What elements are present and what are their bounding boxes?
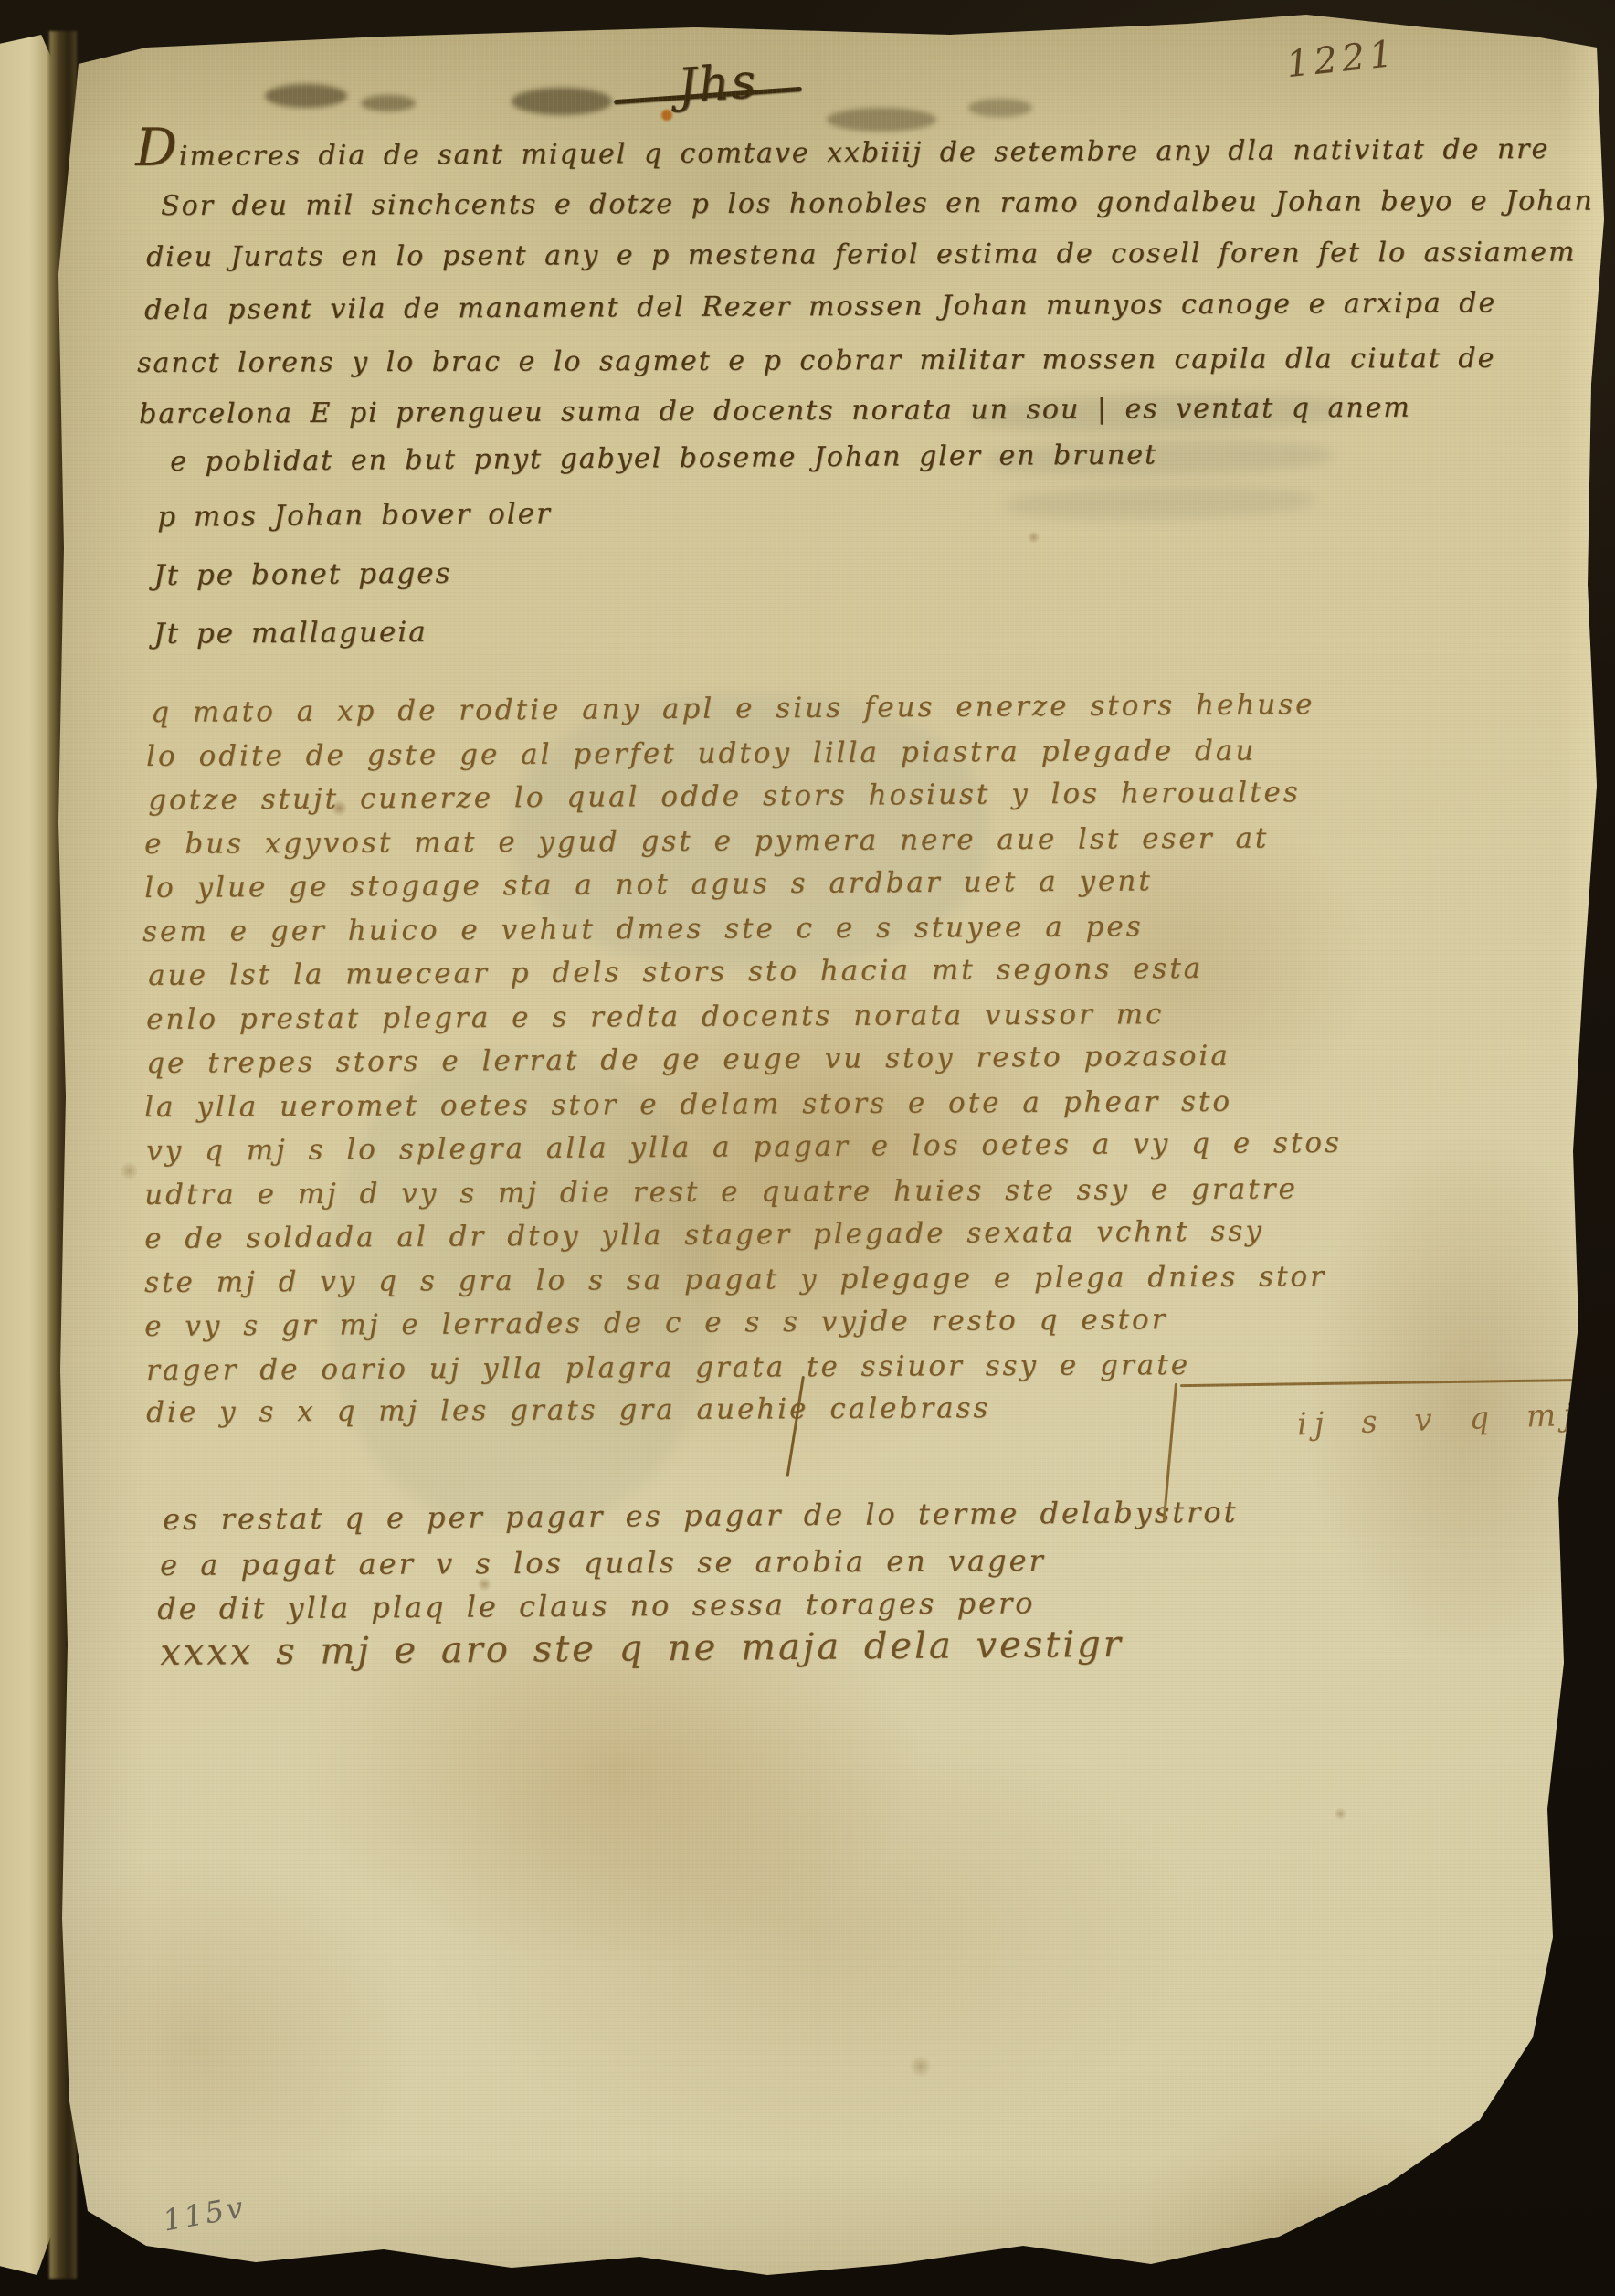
manuscript-line-20: la ylla ueromet oetes stor e delam stors…: [144, 1085, 1232, 1124]
manuscript-line-28: es restat q e per pagar es pagar de lo t…: [163, 1495, 1239, 1537]
manuscript-scan: Jhs 1221 Dimecres dia de sant miquel q c…: [0, 0, 1615, 2296]
manuscript-line-23: e de soldada al dr dtoy ylla stager pleg…: [144, 1214, 1264, 1255]
manuscript-line-27: die y s x q mj les grats gra auehie cale…: [146, 1391, 990, 1429]
manuscript-line-22: udtra e mj d vy s mj die rest e quatre h…: [144, 1172, 1298, 1211]
manuscript-line-24: ste mj d vy q s gra lo s sa pagat y pleg…: [144, 1260, 1326, 1299]
manuscript-line-7: e poblidat en but pnyt gabyel boseme Joh…: [170, 439, 1157, 478]
manuscript-line-19: qe trepes stors e lerrat de ge euge vu s…: [146, 1040, 1230, 1080]
manuscript-line-10: Jt pe mallagueia: [153, 616, 427, 651]
manuscript-line-12: lo odite de gste ge al perfet udtoy lill…: [146, 735, 1256, 773]
manuscript-line-17: aue lst la muecear p dels stors sto haci…: [148, 952, 1203, 992]
manuscript-line-9: Jt pe bonet pages: [153, 557, 452, 592]
manuscript-line-30: de dit ylla plaq le claus no sessa torag…: [157, 1585, 1036, 1626]
manuscript-line-11: q mato a xp de rodtie any apl e sius feu…: [151, 688, 1315, 729]
manuscript-line-2: Sor deu mil sinchcents e dotze p los hon…: [161, 185, 1615, 222]
manuscript-line-13: gotze stujt cunerze lo qual odde stors h…: [148, 776, 1301, 817]
manuscript-line-3: dieu Jurats en lo psent any e p mestena …: [146, 237, 1576, 273]
handwriting-layer: Dimecres dia de sant miquel q comtave xx…: [0, 0, 1615, 2296]
facing-page-edge: [0, 35, 53, 2275]
manuscript-line-8: p mos Johan bover oler: [157, 497, 552, 534]
manuscript-line-6: barcelona E pi prengueu suma de docents …: [139, 392, 1411, 430]
manuscript-line-1: Dimecres dia de sant miquel q comtave xx…: [135, 121, 1549, 173]
manuscript-line-4: dela psent vila de manament del Rezer mo…: [144, 287, 1496, 326]
manuscript-line-15: lo ylue ge stogage sta a not agus s ardb…: [144, 864, 1153, 905]
manuscript-line-29: e a pagat aer v s los quals se arobia en…: [160, 1543, 1046, 1582]
manuscript-line-31: xxxx s mj e aro ste q ne maja dela vesti…: [160, 1624, 1124, 1674]
manuscript-line-5: sanct lorens y lo brac e lo sagmet e p c…: [137, 343, 1495, 379]
manuscript-line-21: vy q mj s lo splegra alla ylla a pagar e…: [146, 1127, 1342, 1168]
manuscript-line-16: sem e ger huico e vehut dmes ste c e s s…: [142, 910, 1144, 948]
manuscript-line-18: enlo prestat plegra e s redta docents no…: [146, 998, 1164, 1036]
manuscript-line-26: rager de oario uj ylla plagra grata te s…: [146, 1349, 1190, 1387]
manuscript-line-25: e vy s gr mj e lerrades de c e s s vyjde…: [144, 1303, 1168, 1343]
manuscript-page: Jhs 1221 Dimecres dia de sant miquel q c…: [0, 0, 1615, 2296]
manuscript-line-14: e bus xgyvost mat e ygud gst e pymera ne…: [144, 822, 1269, 861]
